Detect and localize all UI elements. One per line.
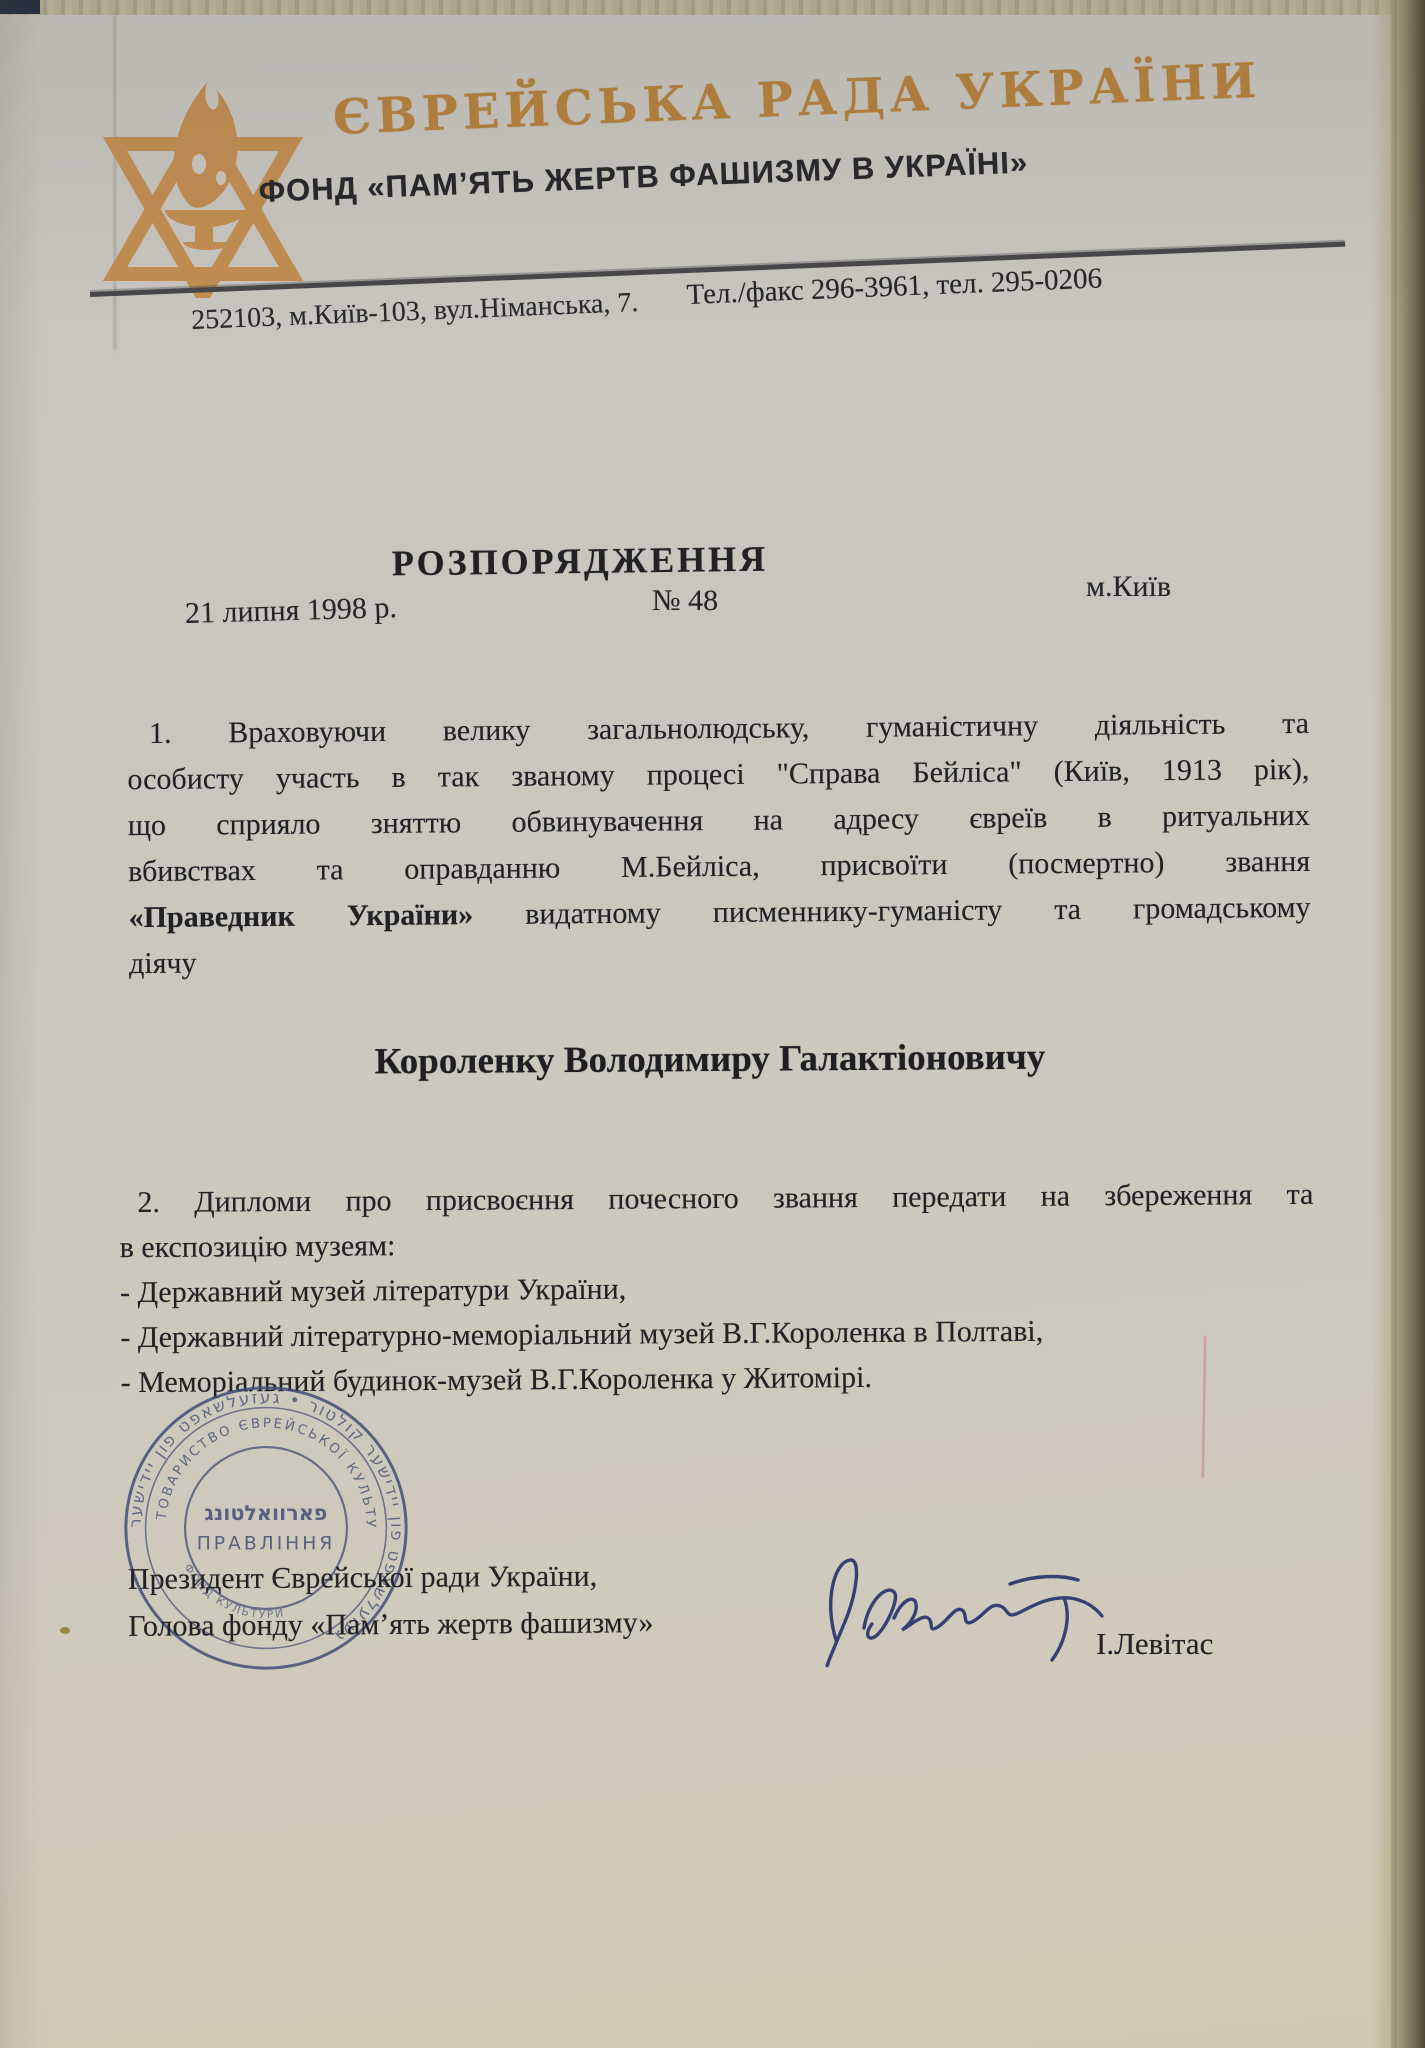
fund-name-subtitle: ФОНД «ПАМ’ЯТЬ ЖЕРТВ ФАШИЗМУ В УКРАЇНІ» bbox=[258, 136, 1259, 210]
doc-number: № 48 bbox=[652, 584, 718, 618]
paragraph-1: 1. Враховуючи велику загальнолюдську, гу… bbox=[127, 701, 1311, 987]
stamp-board-label: ПРАВЛІННЯ bbox=[197, 1534, 336, 1555]
paragraph-2-line: 2. Дипломи про присвоєння почесного зван… bbox=[119, 1172, 1313, 1225]
doc-date: 21 липня 1998 р. bbox=[185, 591, 398, 631]
stamp-hebrew-center-text: פארוואלטונג bbox=[205, 1501, 328, 1525]
paper-speck bbox=[60, 1627, 70, 1634]
handwritten-signature bbox=[798, 1540, 1128, 1690]
signatory-name: І.Левітас bbox=[1096, 1626, 1213, 1662]
honoree-name: Короленку Володимиру Галактіоновичу bbox=[120, 1034, 1300, 1085]
scanned-document-photo: ЄВРЕЙСЬКА РАДА УКРАЇНИ ФОНД «ПАМ’ЯТЬ ЖЕР… bbox=[0, 0, 1425, 2048]
doc-type-title: РОЗПОРЯДЖЕННЯ bbox=[0, 533, 1160, 589]
honor-title-bold: «Праведник України» bbox=[128, 898, 473, 934]
photo-top-edge bbox=[0, 0, 1425, 15]
signature-title-line2: Голова фонду «Пам’ять жертв фашизму» bbox=[128, 1599, 654, 1650]
paper-right-edge-shadow bbox=[1371, 0, 1397, 2048]
address-line: 252103, м.Київ-103, вул.Німанська, 7. bbox=[191, 287, 639, 337]
org-name-title: ЄВРЕЙСЬКА РАДА УКРАЇНИ bbox=[332, 54, 1234, 146]
phone-line: Тел./факс 296-3961, тел. 295-0206 bbox=[686, 262, 1103, 312]
signature-title-line1: Президент Єврейської ради України, bbox=[128, 1552, 654, 1603]
paragraph-2: 2. Дипломи про присвоєння почесного зван… bbox=[119, 1172, 1315, 1405]
paragraph-1-line-rest: видатному писменнику-гуманісту та громад… bbox=[473, 891, 1311, 931]
photo-top-left-corner bbox=[0, 0, 40, 14]
doc-city: м.Київ bbox=[1086, 570, 1171, 604]
signature-title-block: Президент Єврейської ради України, Голов… bbox=[128, 1552, 654, 1650]
